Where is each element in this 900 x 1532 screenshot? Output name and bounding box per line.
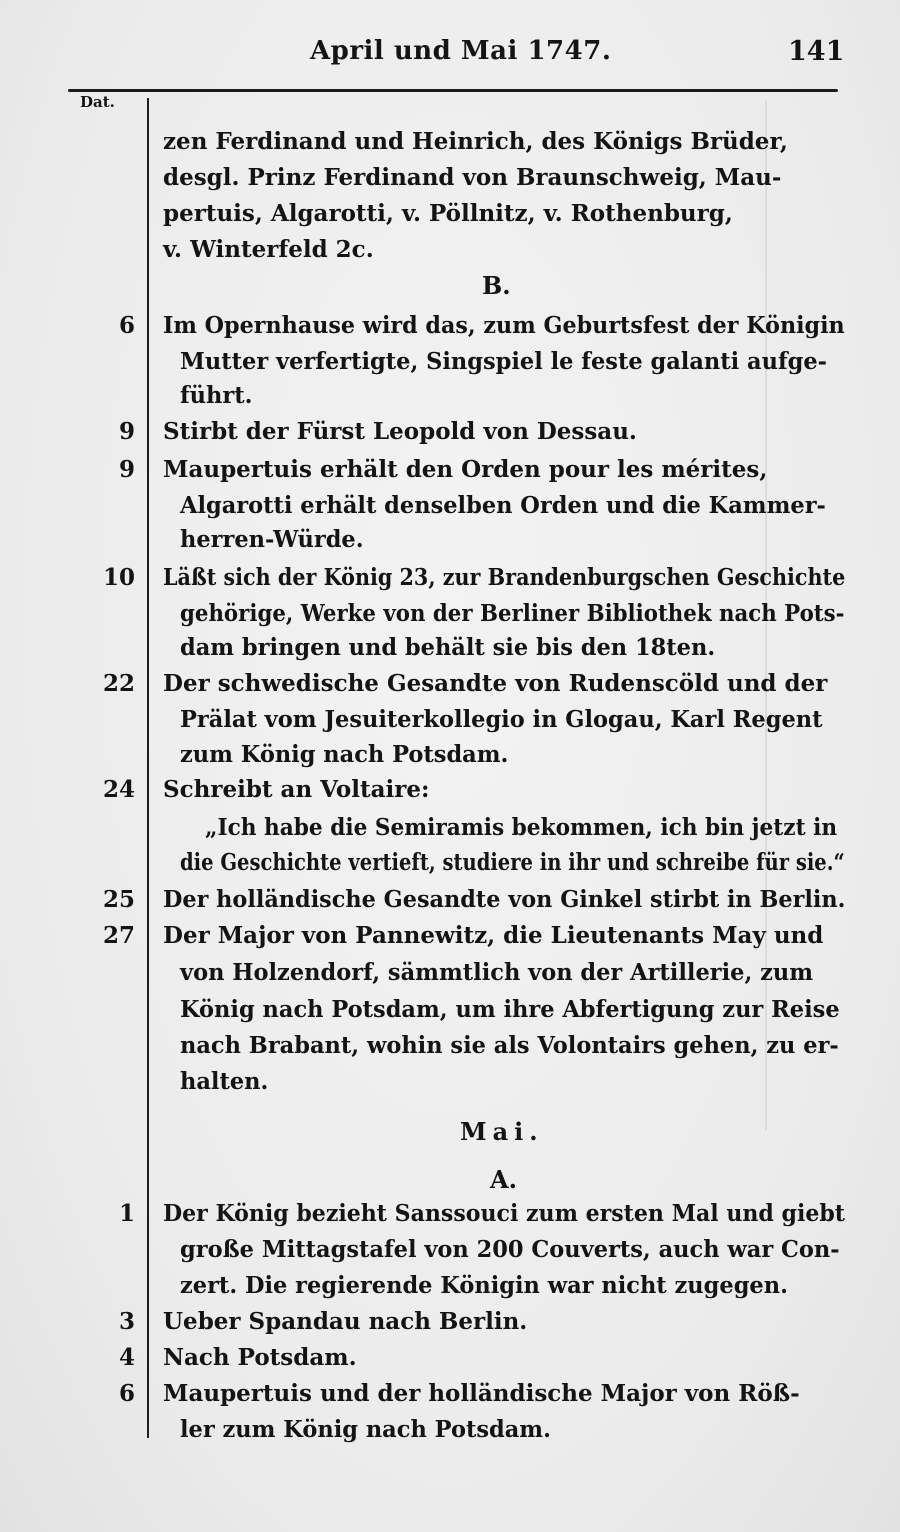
entry-text: ler zum König nach Potsdam. <box>180 1412 845 1448</box>
date-column-divider <box>147 98 149 1438</box>
entry-text: Im Opernhause wird das, zum Geburtsfest … <box>163 308 821 344</box>
entry-text: halten. <box>180 1064 845 1100</box>
entry-text: führt. <box>180 378 845 414</box>
page-number: 141 <box>788 36 844 67</box>
entry-text: Prälat vom Jesuiterkollegio in Glogau, K… <box>180 702 845 738</box>
entry-date: 9 <box>80 452 135 488</box>
book-page: April und Mai 1747. 141 Dat. zen Ferdina… <box>0 0 900 1532</box>
entry-date: 9 <box>80 414 135 450</box>
section-heading-a: A. <box>490 1162 517 1198</box>
entry-text: Der holländische Gesandte von Ginkel sti… <box>163 882 824 918</box>
text-line: zen Ferdinand und Heinrich, des Königs B… <box>163 124 843 160</box>
entry-text: dam bringen und behält sie bis den 18ten… <box>180 630 845 666</box>
entry-text: zum König nach Potsdam. <box>180 737 845 773</box>
entry-text: Maupertuis und der holländische Major vo… <box>163 1376 843 1412</box>
text-line: v. Winterfeld 2c. <box>163 232 843 268</box>
entry-text: von Holzendorf, sämmtlich von der Artill… <box>180 955 845 991</box>
entry-date: 6 <box>80 308 135 344</box>
date-column-label: Dat. <box>80 93 115 111</box>
text-line: desgl. Prinz Ferdinand von Braunschweig,… <box>163 160 843 196</box>
entry-date: 27 <box>80 918 135 954</box>
entry-text: Mutter verfertigte, Singspiel le feste g… <box>180 344 845 380</box>
entry-text: zert. Die regierende Königin war nicht z… <box>180 1268 845 1304</box>
quoted-letter-text: „Ich habe die Semiramis bekommen, ich bi… <box>205 810 845 846</box>
entry-date: 4 <box>80 1340 135 1376</box>
running-head: April und Mai 1747. 141 <box>0 30 900 80</box>
entry-text: Der König bezieht Sanssouci zum ersten M… <box>163 1196 815 1232</box>
entry-text: Algarotti erhält denselben Orden und die… <box>180 488 845 524</box>
entry-date: 24 <box>80 772 135 808</box>
page-title: April und Mai 1747. <box>310 36 611 66</box>
entry-text: Ueber Spandau nach Berlin. <box>163 1304 843 1340</box>
entry-text: Maupertuis erhält den Orden pour les mér… <box>163 452 843 488</box>
entry-text: Schreibt an Voltaire: <box>163 772 843 808</box>
entry-text: Nach Potsdam. <box>163 1340 843 1376</box>
entry-text: gehörige, Werke von der Berliner Bibliot… <box>180 596 810 632</box>
month-heading-may: Mai. <box>460 1114 544 1150</box>
entry-date: 25 <box>80 882 135 918</box>
entry-text: nach Brabant, wohin sie als Volontairs g… <box>180 1028 845 1064</box>
entry-date: 22 <box>80 666 135 702</box>
entry-text: Der Major von Pannewitz, die Lieutenants… <box>163 918 843 954</box>
entry-date: 10 <box>80 560 135 596</box>
entry-date: 1 <box>80 1196 135 1232</box>
entry-text: herren-Würde. <box>180 522 845 558</box>
entry-date: 3 <box>80 1304 135 1340</box>
entry-text: große Mittagstafel von 200 Couverts, auc… <box>180 1232 845 1268</box>
entry-date: 6 <box>80 1376 135 1412</box>
entry-text: Stirbt der Fürst Leopold von Dessau. <box>163 414 843 450</box>
entry-text: König nach Potsdam, um ihre Abfertigung … <box>180 992 845 1028</box>
quoted-letter-text: die Geschichte vertieft, studiere in ihr… <box>180 845 758 881</box>
entry-text: Der schwedische Gesandte von Rudenscöld … <box>163 666 843 702</box>
header-rule <box>68 89 838 92</box>
entry-text: Läßt sich der König 23, zur Brandenburgs… <box>163 560 775 596</box>
section-heading-b: B. <box>482 268 511 304</box>
text-line: pertuis, Algarotti, v. Pöllnitz, v. Roth… <box>163 196 843 232</box>
